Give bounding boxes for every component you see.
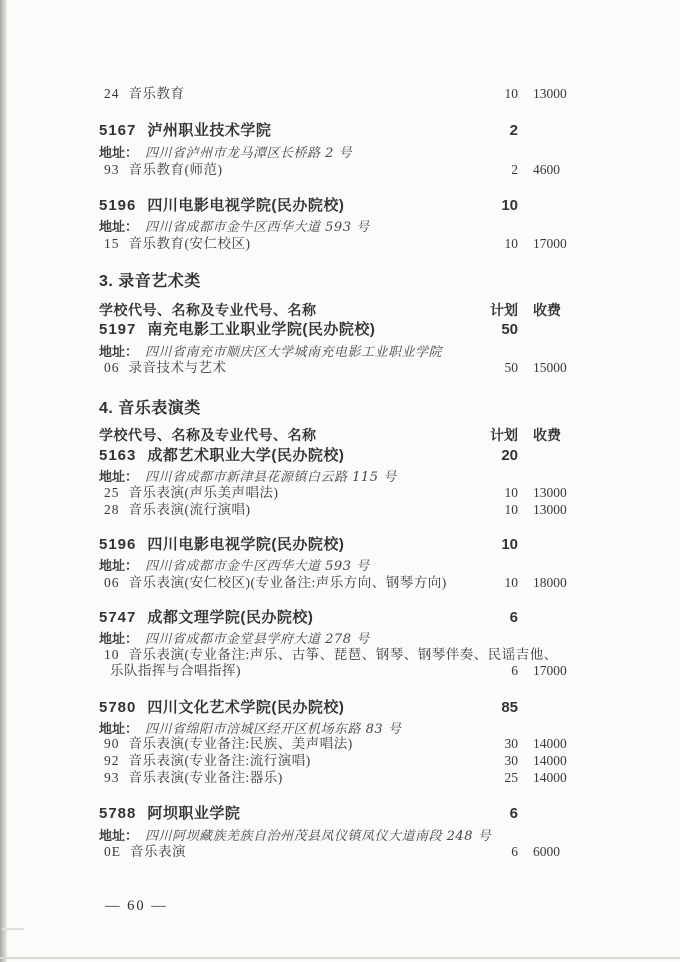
address-row: 地址：四川省泸州市龙马潭区长桥路 2 号 bbox=[0, 145, 680, 162]
plan-value: 2 bbox=[478, 122, 518, 140]
section-title: 4. 音乐表演类 bbox=[99, 400, 201, 417]
specialty-row: 28音乐表演(流行演唱) 10 13000 bbox=[0, 502, 680, 518]
school-name: 南充电影工业职业学院(民办院校) bbox=[147, 321, 375, 338]
address-row: 地址：四川省南充市顺庆区大学城南充电影工业职业学院 bbox=[0, 344, 680, 361]
column-header-plan: 计划 bbox=[478, 427, 518, 444]
address-row: 地址：四川阿坝藏族羌族自治州茂县凤仪镇凤仪大道南段 248 号 bbox=[0, 828, 680, 845]
school-name: 四川电影电视学院(民办院校) bbox=[147, 536, 344, 553]
specialty-code: 24 bbox=[104, 86, 120, 102]
column-header-fee: 收费 bbox=[533, 302, 561, 319]
column-header-name: 学校代号、名称及专业代号、名称 bbox=[99, 302, 317, 318]
plan-value: 10 bbox=[478, 197, 518, 215]
specialty-name: 音乐表演(专业备注:声乐、古筝、琵琶、钢琴、钢琴伴奏、民谣吉他、 bbox=[129, 647, 558, 662]
address-text: 四川省南充市顺庆区大学城南充电影工业职业学院 bbox=[145, 345, 442, 360]
plan-value: 10 bbox=[478, 536, 518, 554]
plan-value: 10 bbox=[478, 502, 518, 518]
fee-value: 15000 bbox=[533, 360, 567, 376]
school-name: 泸州职业技术学院 bbox=[147, 122, 271, 139]
scan-edge-bottom bbox=[0, 957, 680, 959]
specialty-name: 音乐教育(师范) bbox=[129, 162, 223, 177]
specialty-row: 15音乐教育(安仁校区) 10 17000 bbox=[0, 236, 680, 252]
specialty-code: 06 bbox=[104, 360, 120, 376]
specialty-name: 音乐表演(专业备注:民族、美声唱法) bbox=[129, 736, 353, 751]
page-number: — 60 — bbox=[0, 898, 680, 915]
address-row: 地址：四川省成都市金堂县学府大道 278 号 bbox=[0, 631, 680, 648]
column-header-name: 学校代号、名称及专业代号、名称 bbox=[99, 427, 317, 443]
column-header-plan: 计划 bbox=[478, 302, 518, 319]
school-name: 成都文理学院(民办院校) bbox=[147, 609, 313, 626]
school-code: 5197 bbox=[99, 321, 136, 339]
fee-value: 17000 bbox=[533, 663, 567, 679]
fee-value: 17000 bbox=[533, 236, 567, 252]
specialty-code: 0E bbox=[104, 844, 121, 860]
specialty-row: 06录音技术与艺术 50 15000 bbox=[0, 360, 680, 376]
school-row: 5197南充电影工业职业学院(民办院校) 50 bbox=[0, 321, 680, 339]
address-row: 地址：四川省成都市金牛区西华大道 593 号 bbox=[0, 558, 680, 575]
fee-value: 18000 bbox=[533, 575, 567, 591]
school-code: 5788 bbox=[99, 805, 136, 823]
specialty-name: 音乐教育 bbox=[129, 86, 185, 101]
specialty-code: 28 bbox=[104, 502, 120, 518]
plan-value: 6 bbox=[478, 805, 518, 823]
school-row: 5163成都艺术职业大学(民办院校) 20 bbox=[0, 447, 680, 465]
fee-value: 6000 bbox=[533, 844, 560, 860]
address-label: 地址： bbox=[99, 145, 138, 161]
address-row: 地址：四川省成都市金牛区西华大道 593 号 bbox=[0, 219, 680, 236]
specialty-row: 06音乐表演(安仁校区)(专业备注:声乐方向、钢琴方向) 10 18000 bbox=[0, 575, 680, 591]
specialty-row: 90音乐表演(专业备注:民族、美声唱法) 30 14000 bbox=[0, 736, 680, 752]
specialty-code: 10 bbox=[104, 647, 120, 663]
specialty-name: 音乐表演(专业备注:器乐) bbox=[129, 770, 283, 785]
specialty-code: 25 bbox=[104, 485, 120, 501]
school-code: 5196 bbox=[99, 197, 136, 215]
address-text: 四川阿坝藏族羌族自治州茂县凤仪镇凤仪大道南段 248 号 bbox=[145, 829, 491, 844]
plan-value: 10 bbox=[478, 236, 518, 252]
address-text: 四川省成都市新津县花源镇白云路 115 号 bbox=[145, 470, 397, 485]
school-code: 5163 bbox=[99, 447, 136, 465]
specialty-name: 音乐表演(安仁校区)(专业备注:声乐方向、钢琴方向) bbox=[129, 575, 447, 590]
specialty-name: 音乐教育(安仁校区) bbox=[129, 236, 251, 251]
address-label: 地址： bbox=[99, 721, 138, 737]
address-text: 四川省成都市金牛区西华大道 593 号 bbox=[145, 559, 370, 574]
plan-value: 10 bbox=[478, 575, 518, 591]
specialty-row: 24音乐教育 10 13000 bbox=[0, 86, 680, 102]
section-heading: 3. 录音艺术类 bbox=[0, 272, 680, 291]
plan-value: 6 bbox=[478, 663, 518, 679]
table-header-row: 学校代号、名称及专业代号、名称 计划 收费 bbox=[0, 302, 680, 319]
specialty-name: 音乐表演 bbox=[130, 844, 186, 859]
specialty-code: 93 bbox=[104, 770, 120, 786]
school-name: 成都艺术职业大学(民办院校) bbox=[147, 447, 344, 464]
address-text: 四川省成都市金牛区西华大道 593 号 bbox=[145, 220, 370, 235]
fee-value: 14000 bbox=[533, 770, 567, 786]
page-number-text: — 60 — bbox=[105, 898, 168, 914]
specialty-row: 93音乐表演(专业备注:器乐) 25 14000 bbox=[0, 770, 680, 786]
specialty-code: 06 bbox=[104, 575, 120, 591]
school-name: 阿坝职业学院 bbox=[147, 805, 240, 822]
plan-value: 30 bbox=[478, 736, 518, 752]
address-label: 地址： bbox=[99, 219, 138, 235]
fee-value: 13000 bbox=[533, 485, 567, 501]
school-code: 5780 bbox=[99, 699, 136, 717]
specialty-code: 93 bbox=[104, 162, 120, 178]
specialty-code: 90 bbox=[104, 736, 120, 752]
plan-value: 10 bbox=[478, 86, 518, 102]
plan-value: 10 bbox=[478, 485, 518, 501]
fee-value: 4600 bbox=[533, 162, 560, 178]
fee-value: 13000 bbox=[533, 502, 567, 518]
scanned-document-page: { "labels": { "address": "地址：", "name_co… bbox=[0, 0, 680, 962]
school-row: 5196四川电影电视学院(民办院校) 10 bbox=[0, 536, 680, 554]
specialty-row: 0E音乐表演 6 6000 bbox=[0, 844, 680, 860]
fee-value: 13000 bbox=[533, 86, 567, 102]
specialty-name-continued: 乐队指挥与合唱指挥) bbox=[110, 663, 241, 678]
school-name: 四川电影电视学院(民办院校) bbox=[147, 197, 344, 214]
specialty-name: 录音技术与艺术 bbox=[129, 360, 227, 375]
school-row: 5788阿坝职业学院 6 bbox=[0, 805, 680, 823]
school-name: 四川文化艺术学院(民办院校) bbox=[147, 699, 344, 716]
specialty-row: 25音乐表演(声乐美声唱法) 10 13000 bbox=[0, 485, 680, 501]
school-code: 5167 bbox=[99, 122, 136, 140]
plan-value: 20 bbox=[478, 447, 518, 465]
specialty-row: 93音乐教育(师范) 2 4600 bbox=[0, 162, 680, 178]
fee-value: 14000 bbox=[533, 736, 567, 752]
school-row: 5167泸州职业技术学院 2 bbox=[0, 122, 680, 140]
school-row: 5780四川文化艺术学院(民办院校) 85 bbox=[0, 699, 680, 717]
specialty-row-wrapped-line2: 乐队指挥与合唱指挥) 6 17000 bbox=[0, 663, 680, 679]
specialty-code: 15 bbox=[104, 236, 120, 252]
section-heading: 4. 音乐表演类 bbox=[0, 399, 680, 418]
plan-value: 50 bbox=[478, 360, 518, 376]
school-code: 5747 bbox=[99, 609, 136, 627]
fee-value: 14000 bbox=[533, 753, 567, 769]
address-text: 四川省泸州市龙马潭区长桥路 2 号 bbox=[145, 146, 352, 161]
plan-value: 2 bbox=[478, 162, 518, 178]
specialty-name: 音乐表演(流行演唱) bbox=[129, 502, 251, 517]
plan-value: 6 bbox=[478, 844, 518, 860]
address-label: 地址： bbox=[99, 469, 138, 485]
plan-value: 30 bbox=[478, 753, 518, 769]
school-row: 5747成都文理学院(民办院校) 6 bbox=[0, 609, 680, 627]
address-label: 地址： bbox=[99, 631, 138, 647]
column-header-fee: 收费 bbox=[533, 427, 561, 444]
table-header-row: 学校代号、名称及专业代号、名称 计划 收费 bbox=[0, 427, 680, 444]
plan-value: 6 bbox=[478, 609, 518, 627]
specialty-row-wrapped-line1: 10音乐表演(专业备注:声乐、古筝、琵琶、钢琴、钢琴伴奏、民谣吉他、 bbox=[0, 647, 680, 663]
address-text: 四川省成都市金堂县学府大道 278 号 bbox=[145, 632, 370, 647]
address-row: 地址：四川省成都市新津县花源镇白云路 115 号 bbox=[0, 469, 680, 486]
scan-artifact bbox=[2, 928, 24, 930]
plan-value: 50 bbox=[478, 321, 518, 339]
plan-value: 85 bbox=[478, 699, 518, 717]
specialty-row: 92音乐表演(专业备注:流行演唱) 30 14000 bbox=[0, 753, 680, 769]
address-label: 地址： bbox=[99, 558, 138, 574]
address-text: 四川省绵阳市涪城区经开区机场东路 83 号 bbox=[145, 722, 401, 737]
section-title: 3. 录音艺术类 bbox=[99, 273, 201, 290]
address-label: 地址： bbox=[99, 828, 138, 844]
school-code: 5196 bbox=[99, 536, 136, 554]
address-label: 地址： bbox=[99, 344, 138, 360]
specialty-name: 音乐表演(专业备注:流行演唱) bbox=[129, 753, 311, 768]
specialty-name: 音乐表演(声乐美声唱法) bbox=[129, 485, 279, 500]
specialty-code: 92 bbox=[104, 753, 120, 769]
plan-value: 25 bbox=[478, 770, 518, 786]
school-row: 5196四川电影电视学院(民办院校) 10 bbox=[0, 197, 680, 215]
